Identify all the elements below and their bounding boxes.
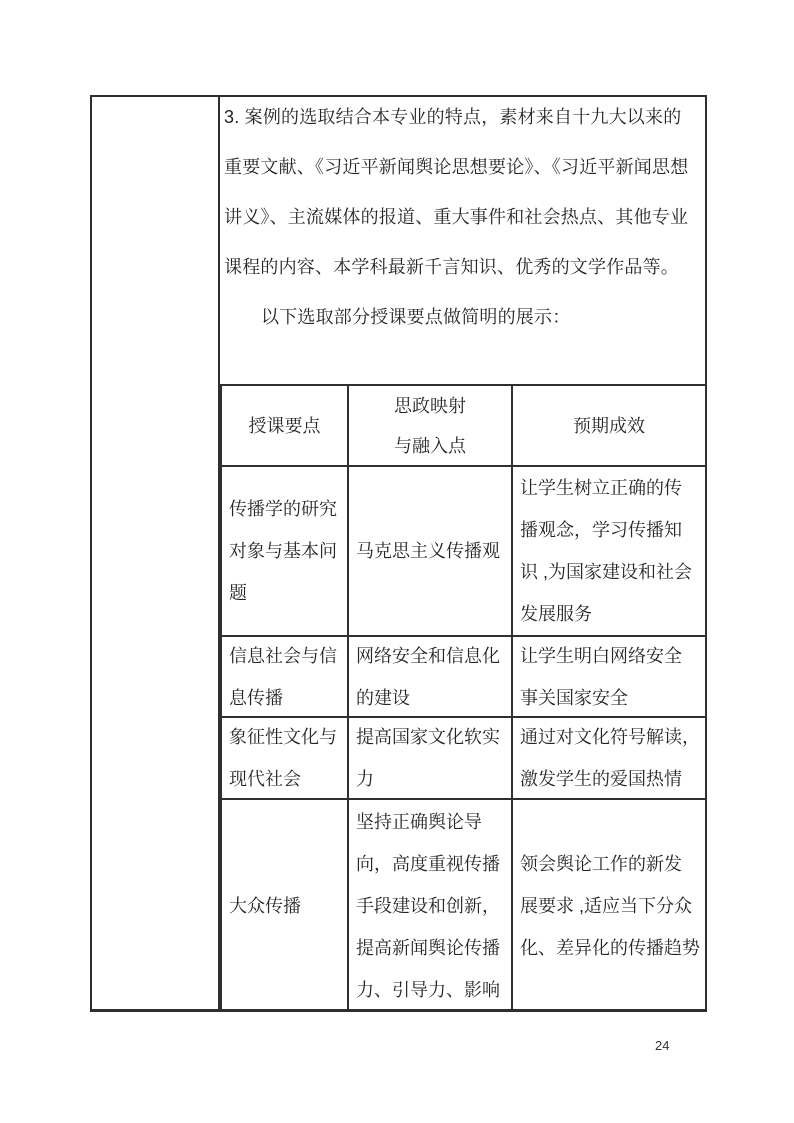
table-cell: 马克思主义传播观 <box>349 467 513 637</box>
header-text: 思政映射 <box>394 386 466 426</box>
cell-text-line: 让学生树立正确的传 <box>520 467 682 509</box>
table-cell: 提高国家文化软实 力 <box>349 718 513 800</box>
cell-text-line: 传播学的研究 <box>229 488 337 530</box>
cell-text-line: 象征性文化与 <box>229 718 337 758</box>
cell-text-line: 力、引导力、影响 <box>356 969 500 1011</box>
table-cell: 网络安全和信息化 的建设 <box>349 637 513 718</box>
table-cell: 大众传播 <box>222 800 349 1011</box>
cell-text-line: 手段建设和创新， <box>356 885 500 927</box>
cell-text-line: 大众传播 <box>229 885 301 927</box>
table-cell: 让学生树立正确的传 播观念，学习传播知 识 ,为国家建设和社会 发展服务 <box>513 467 705 637</box>
cell-text-line: 展要求 ,适应当下分众 <box>520 885 692 927</box>
cell-text-line: 提高新闻舆论传播 <box>356 927 500 969</box>
cell-text-line: 向，高度重视传播 <box>356 843 500 885</box>
cell-text-line: 力 <box>356 758 374 800</box>
cell-text-line: 题 <box>229 572 247 614</box>
cell-text-line: 对象与基本问 <box>229 530 337 572</box>
cell-text-line: 息传播 <box>229 677 283 719</box>
table-cell: 让学生明白网络安全 事关国家安全 <box>513 637 705 718</box>
cell-text-line: 播观念，学习传播知 <box>520 509 682 551</box>
paragraph-line: 课程的内容、本学科最新千言知识、优秀的文学作品等。 <box>224 242 711 292</box>
cell-text-line: 领会舆论工作的新发 <box>520 843 682 885</box>
cell-text-line: 提高国家文化软实 <box>356 718 500 758</box>
paragraph-line: 讲义》、主流媒体的报道、重大事件和社会热点、其他专业 <box>224 192 711 242</box>
cell-text-line: 发展服务 <box>520 593 592 635</box>
cell-text-line: 信息社会与信 <box>229 637 337 677</box>
cell-text-line: 化、差异化的传播趋势 <box>520 927 700 969</box>
cell-text-line: 坚持正确舆论导 <box>356 801 482 843</box>
page-number: 24 <box>655 1038 669 1053</box>
cell-text-line: 识 ,为国家建设和社会 <box>520 551 692 593</box>
cell-text-line: 通过对文化符号解读， <box>520 718 700 758</box>
cell-text-line: 事关国家安全 <box>520 677 628 719</box>
header-text: 授课要点 <box>249 406 321 446</box>
paragraph-line: 以下选取部分授课要点做简明的展示： <box>224 292 711 342</box>
paragraph-line: 重要文献、《习近平新闻舆论思想要论》、《习近平新闻思想 <box>224 142 711 192</box>
header-text: 预期成效 <box>573 406 645 446</box>
body-paragraph: 3. 案例的选取结合本专业的特点，素材来自十九大以来的 重要文献、《习近平新闻舆… <box>224 92 711 342</box>
cell-text-line: 的建设 <box>356 677 410 719</box>
header-cell-ideology-mapping: 思政映射 与融入点 <box>349 386 513 467</box>
table-cell: 领会舆论工作的新发 展要求 ,适应当下分众 化、差异化的传播趋势 <box>513 800 705 1011</box>
cell-text-line: 马克思主义传播观 <box>356 530 500 572</box>
cell-text-line: 网络安全和信息化 <box>356 637 500 677</box>
teaching-points-table: 授课要点 思政映射 与融入点 预期成效 传播学的研究 对象与基本问 题 马克思主… <box>220 384 707 1011</box>
cell-text-line: 激发学生的爱国热情 <box>520 758 682 800</box>
paragraph-line: 3. 案例的选取结合本专业的特点，素材来自十九大以来的 <box>224 92 711 142</box>
document-page: 3. 案例的选取结合本专业的特点，素材来自十九大以来的 重要文献、《习近平新闻舆… <box>0 0 794 1123</box>
header-cell-expected-results: 预期成效 <box>513 386 705 467</box>
table-cell: 坚持正确舆论导 向，高度重视传播 手段建设和创新， 提高新闻舆论传播 力、引导力… <box>349 800 513 1011</box>
table-cell: 通过对文化符号解读， 激发学生的爱国热情 <box>513 718 705 800</box>
header-cell-teaching-points: 授课要点 <box>222 386 349 467</box>
table-cell: 信息社会与信 息传播 <box>222 637 349 718</box>
table-cell: 象征性文化与 现代社会 <box>222 718 349 800</box>
header-text: 与融入点 <box>394 426 466 466</box>
cell-text-line: 让学生明白网络安全 <box>520 637 682 677</box>
cell-text-line: 现代社会 <box>229 758 301 800</box>
table-cell: 传播学的研究 对象与基本问 题 <box>222 467 349 637</box>
